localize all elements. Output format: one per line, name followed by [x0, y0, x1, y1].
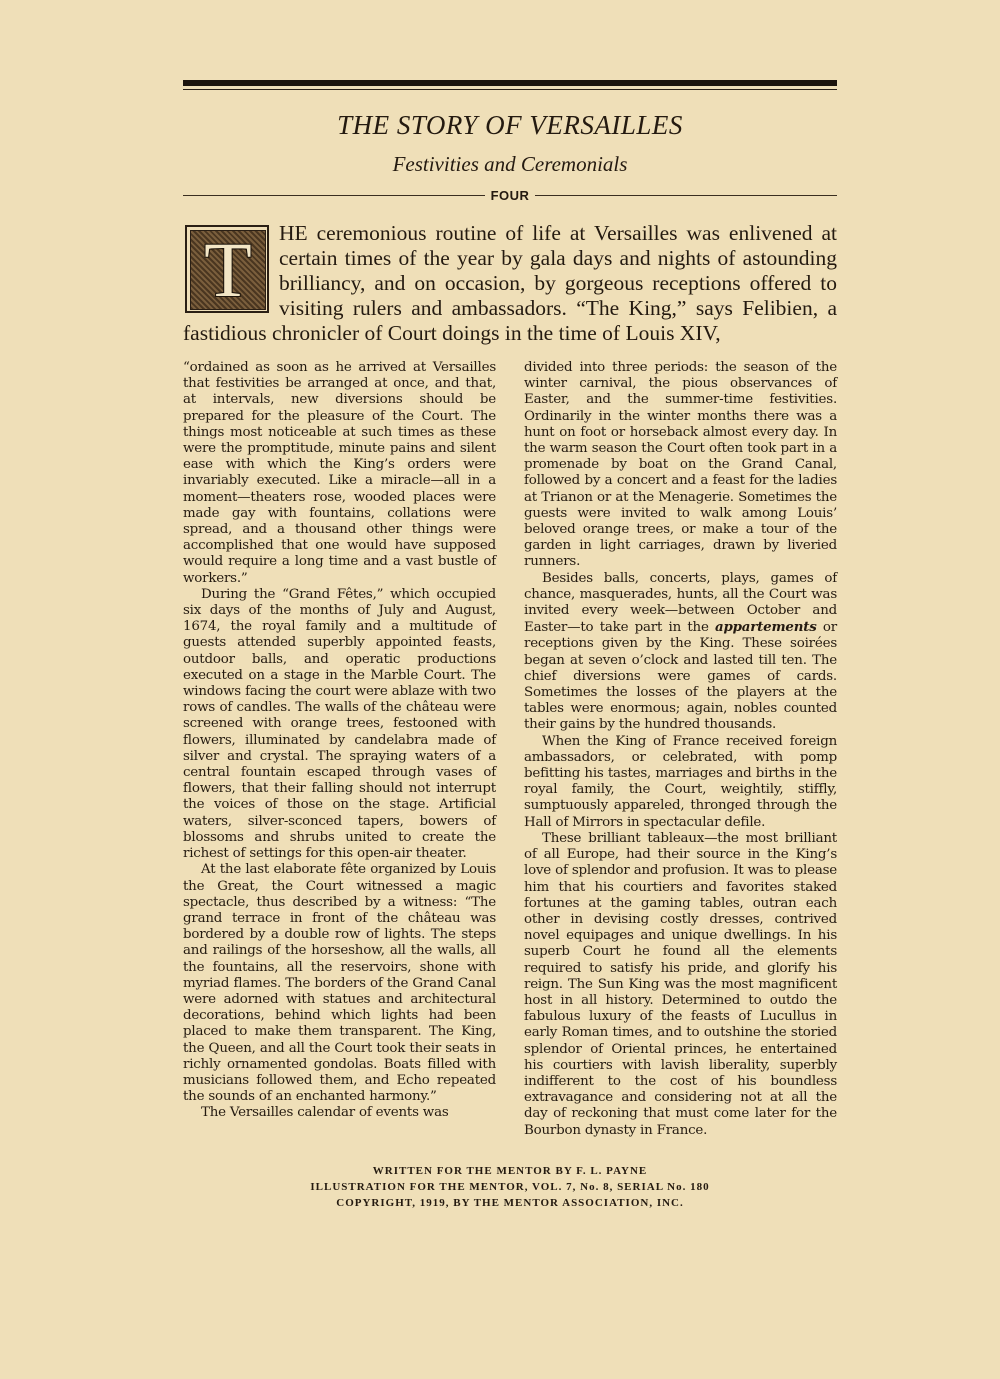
credit-author: WRITTEN FOR THE MENTOR BY F. L. PAYNE: [183, 1163, 837, 1179]
chapter-divider: FOUR: [183, 188, 837, 203]
paragraph: Besides balls, concerts, plays, games of…: [524, 571, 837, 734]
divider-line-left: [183, 195, 485, 196]
lead-text: HE ceremonious routine of life at Versai…: [183, 221, 837, 345]
paragraph: “ordained as soon as he arrived at Versa…: [183, 360, 496, 587]
body-columns: “ordained as soon as he arrived at Versa…: [183, 360, 837, 1139]
paragraph: During the “Grand Fêtes,” which occupied…: [183, 587, 496, 862]
dropcap-letter: T: [190, 230, 266, 310]
credit-illustration: ILLUSTRATION FOR THE MENTOR, VOL. 7, No.…: [183, 1179, 837, 1195]
paragraph: When the King of France received foreign…: [524, 734, 837, 831]
paragraph-text: or receptions given by the King. These s…: [524, 620, 837, 732]
article-page: THE STORY OF VERSAILLES Festivities and …: [183, 80, 837, 1211]
divider-line-right: [535, 195, 837, 196]
paragraph: The Versailles calendar of events was: [183, 1105, 496, 1121]
paragraph: divided into three periods: the season o…: [524, 360, 837, 571]
top-rule-thin: [183, 89, 837, 90]
right-column: divided into three periods: the season o…: [524, 360, 837, 1139]
dropcap-ornament: T: [185, 225, 269, 313]
credit-copyright: COPYRIGHT, 1919, BY THE MENTOR ASSOCIATI…: [183, 1195, 837, 1211]
credits-block: WRITTEN FOR THE MENTOR BY F. L. PAYNE IL…: [183, 1163, 837, 1211]
article-title: THE STORY OF VERSAILLES: [183, 110, 837, 140]
lead-paragraph: T HE ceremonious routine of life at Vers…: [183, 221, 837, 346]
article-subtitle: Festivities and Ceremonials: [183, 152, 837, 176]
chapter-label: FOUR: [485, 188, 536, 203]
italic-term: appartements: [715, 619, 817, 635]
top-rule-thick: [183, 80, 837, 86]
left-column: “ordained as soon as he arrived at Versa…: [183, 360, 496, 1139]
paragraph: These brilliant tableaux—the most brilli…: [524, 831, 837, 1139]
paragraph: At the last elaborate fête organized by …: [183, 862, 496, 1105]
